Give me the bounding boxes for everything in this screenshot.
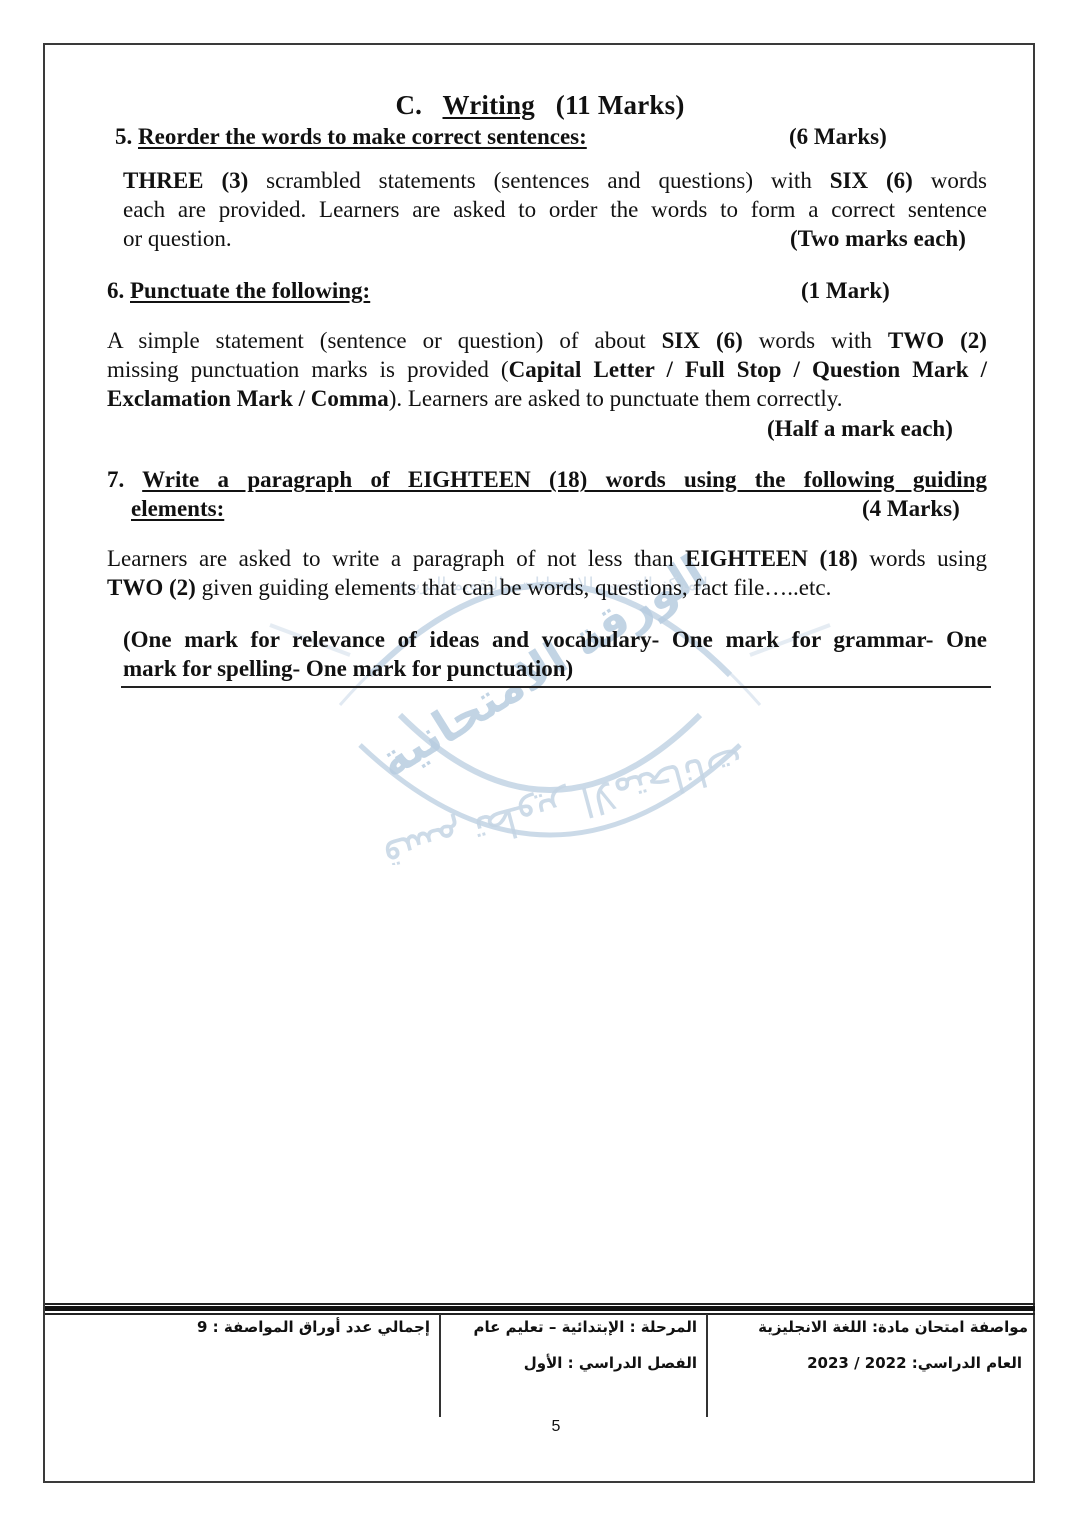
q5-note: (Two marks each) (790, 226, 966, 252)
q5-title: Reorder the words to make correct senten… (138, 124, 587, 149)
footer-academic-year: العام الدراسي: 2022 / 2023 (807, 1354, 1022, 1372)
q7-text-line1: Learners are asked to write a paragraph … (107, 546, 987, 572)
page-border (43, 43, 1035, 1483)
footer-rule-top (45, 1303, 1035, 1305)
q5-text-line3: or question. (123, 226, 232, 252)
q7-heading-line1: 7. Write a paragraph of EIGHTEEN (18) wo… (107, 467, 987, 493)
footer-subject: مواصفة امتحان مادة: اللغة الانجليزية (758, 1318, 1028, 1336)
footer-divider-right (706, 1314, 708, 1417)
criteria-underline (121, 686, 991, 688)
q7-text-line2: TWO (2) given guiding elements that can … (107, 575, 831, 601)
q5-text-line2: each are provided. Learners are asked to… (123, 197, 987, 223)
q7-criteria-line1: (One mark for relevance of ideas and voc… (123, 627, 987, 653)
page-number: 5 (0, 1418, 1080, 1436)
q7-title: Write a paragraph of EIGHTEEN (18) words… (142, 467, 987, 492)
footer-divider-left (439, 1314, 441, 1417)
q5-marks: (6 Marks) (789, 124, 887, 150)
footer-rule-thick (45, 1306, 1035, 1311)
q6-text-line1: A simple statement (sentence or question… (107, 328, 987, 354)
section-title: C. Writing (11 Marks) (0, 90, 1080, 121)
q5-heading: 5. Reorder the words to make correct sen… (115, 124, 587, 150)
q6-note: (Half a mark each) (767, 416, 953, 442)
q6-number: 6. (107, 278, 124, 303)
q6-text-line3: Exclamation Mark / Comma). Learners are … (107, 386, 843, 412)
q5-text-line1: THREE (3) scrambled statements (sentence… (123, 168, 987, 194)
footer-total-pages: إجمالي عدد أوراق المواصفة : 9 (197, 1318, 430, 1336)
section-name: Writing (443, 90, 535, 120)
footer-stage: المرحلة : الإبتدائية – تعليم عام (473, 1318, 697, 1336)
q7-criteria-line2: mark for spelling- One mark for punctuat… (123, 656, 573, 682)
footer-term: الفصل الدراسي : الأول (524, 1354, 697, 1372)
q6-text-line2: missing punctuation marks is provided (C… (107, 357, 987, 383)
section-letter: C. (395, 90, 422, 120)
q5-number: 5. (115, 124, 132, 149)
section-marks: (11 Marks) (556, 90, 685, 120)
q7-number: 7. (107, 467, 124, 492)
q7-heading-line2: elements: (131, 496, 224, 522)
q6-title: Punctuate the following: (130, 278, 370, 303)
q6-marks: (1 Mark) (801, 278, 890, 304)
footer-rule-bottom (45, 1313, 1035, 1315)
q6-heading: 6. Punctuate the following: (107, 278, 370, 304)
q7-marks: (4 Marks) (862, 496, 960, 522)
